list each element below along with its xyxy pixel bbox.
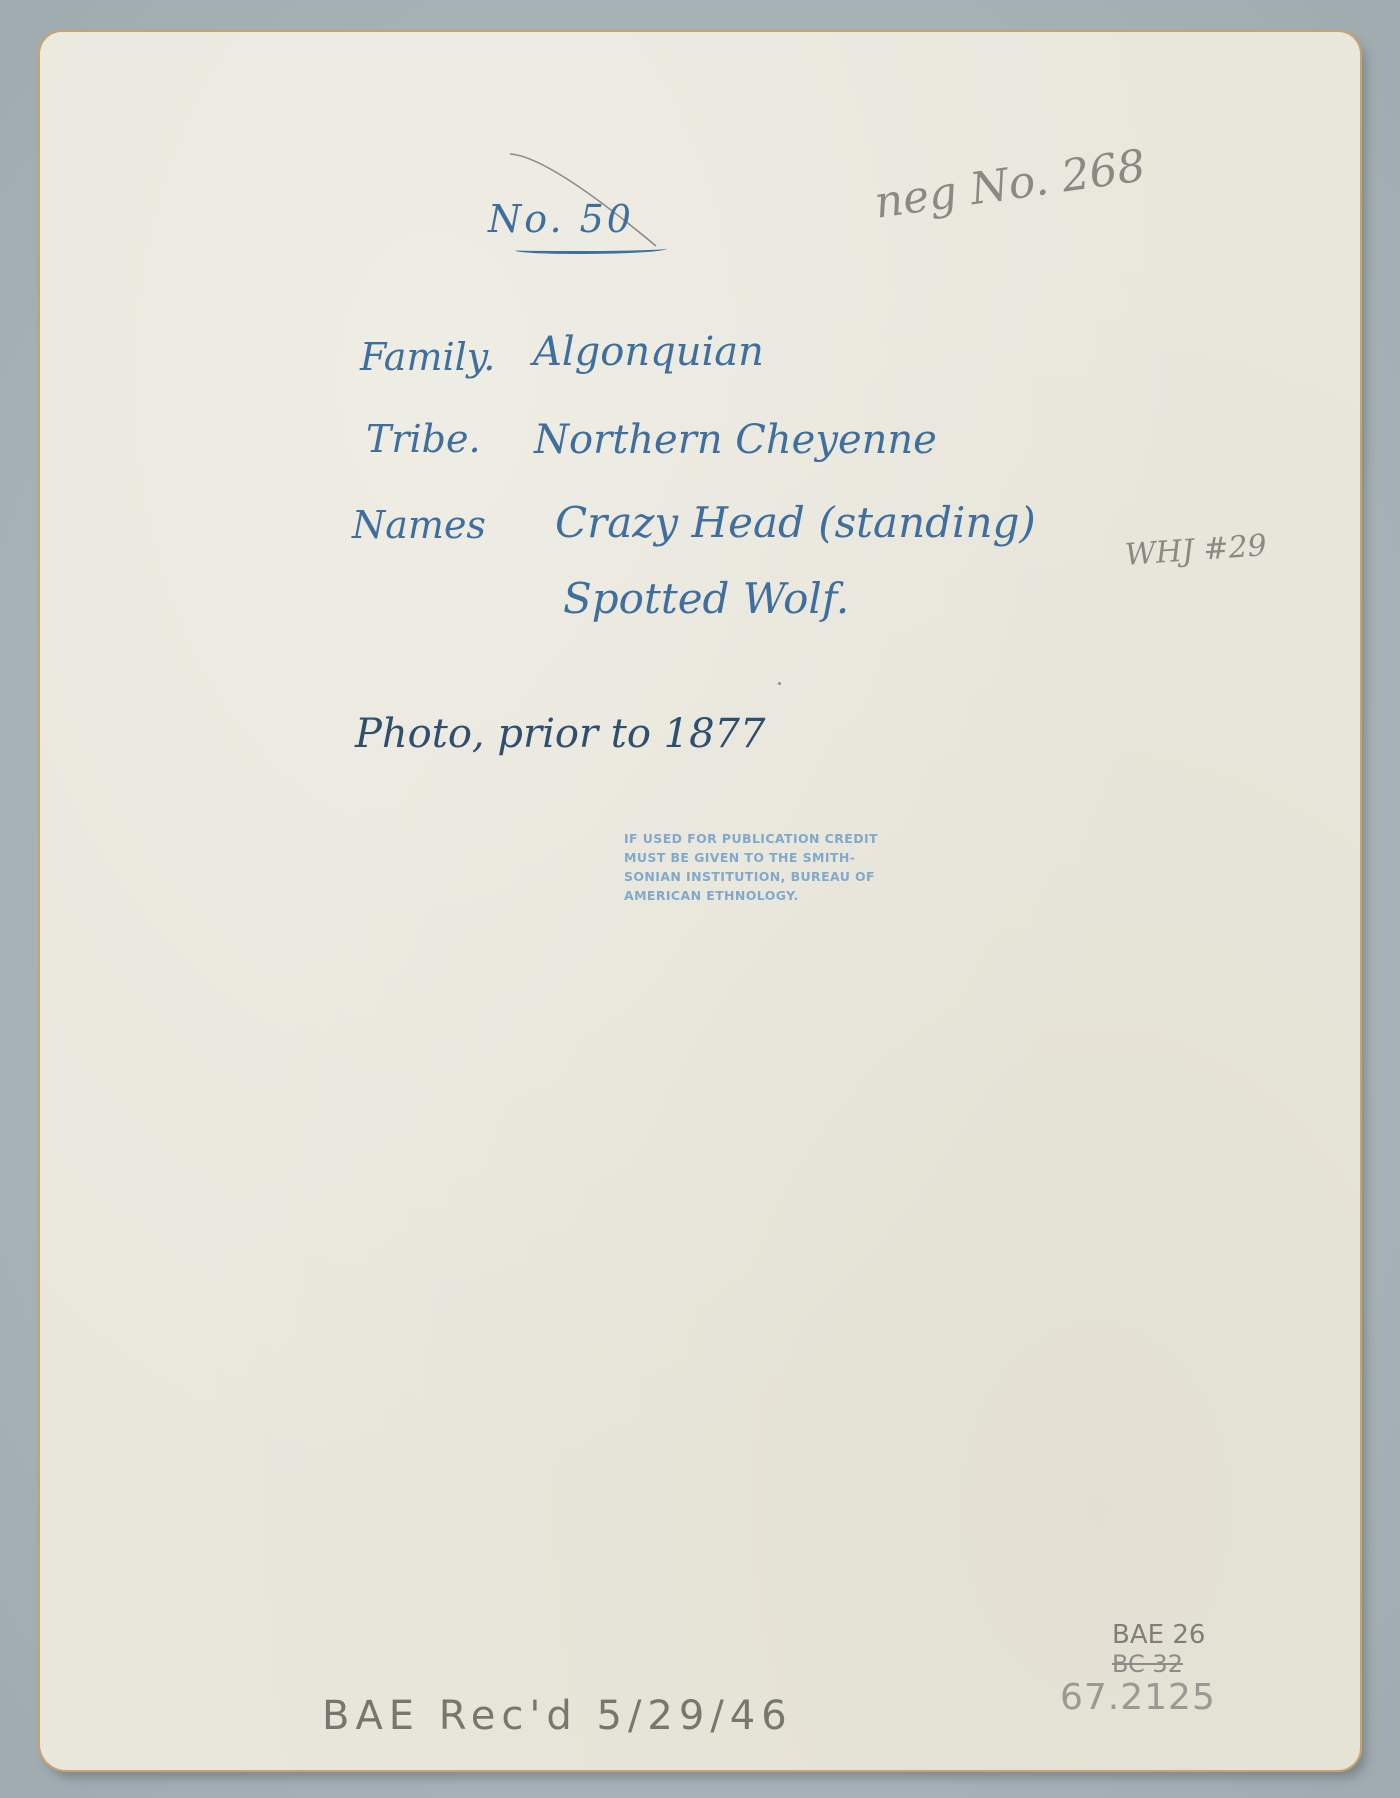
item-number-underline (515, 245, 667, 254)
catalog-accession-number: 67.2125 (1060, 1680, 1216, 1716)
photo-mount-card: No. 50 neg No. 268 Family. Algonquian Tr… (40, 32, 1360, 1770)
names-value-spotted-wolf: Spotted Wolf. (563, 578, 849, 620)
tribe-value: Northern Cheyenne (534, 420, 937, 460)
side-reference-note: WHJ #29 (1124, 531, 1268, 571)
catalog-struck-number: BC 32 (1112, 1652, 1183, 1676)
stamp-line: AMERICAN ETHNOLOGY. (624, 886, 884, 905)
names-label: Names (352, 506, 486, 544)
ink-speck (778, 682, 781, 685)
negative-number: neg No. 268 (872, 144, 1148, 226)
stamp-line: MUST BE GIVEN TO THE SMITH- (624, 848, 884, 867)
publication-credit-stamp: IF USED FOR PUBLICATION CREDIT MUST BE G… (624, 829, 884, 905)
stamp-line: SONIAN INSTITUTION, BUREAU OF (624, 867, 884, 886)
tribe-label: Tribe. (366, 420, 481, 458)
catalog-bae-number: BAE 26 (1112, 1622, 1205, 1648)
family-label: Family. (360, 338, 495, 376)
item-number: No. 50 (488, 200, 634, 238)
family-value: Algonquian (533, 332, 764, 372)
received-date-note: BAE Rec'd 5/29/46 (322, 1696, 793, 1736)
photo-date-note: Photo, prior to 1877 (355, 714, 765, 754)
catalog-numbers: BAE 26 BC 32 67.2125 (1052, 1622, 1252, 1732)
names-value-crazy-head: Crazy Head (standing) (555, 502, 1036, 544)
stamp-line: IF USED FOR PUBLICATION CREDIT (624, 829, 884, 848)
